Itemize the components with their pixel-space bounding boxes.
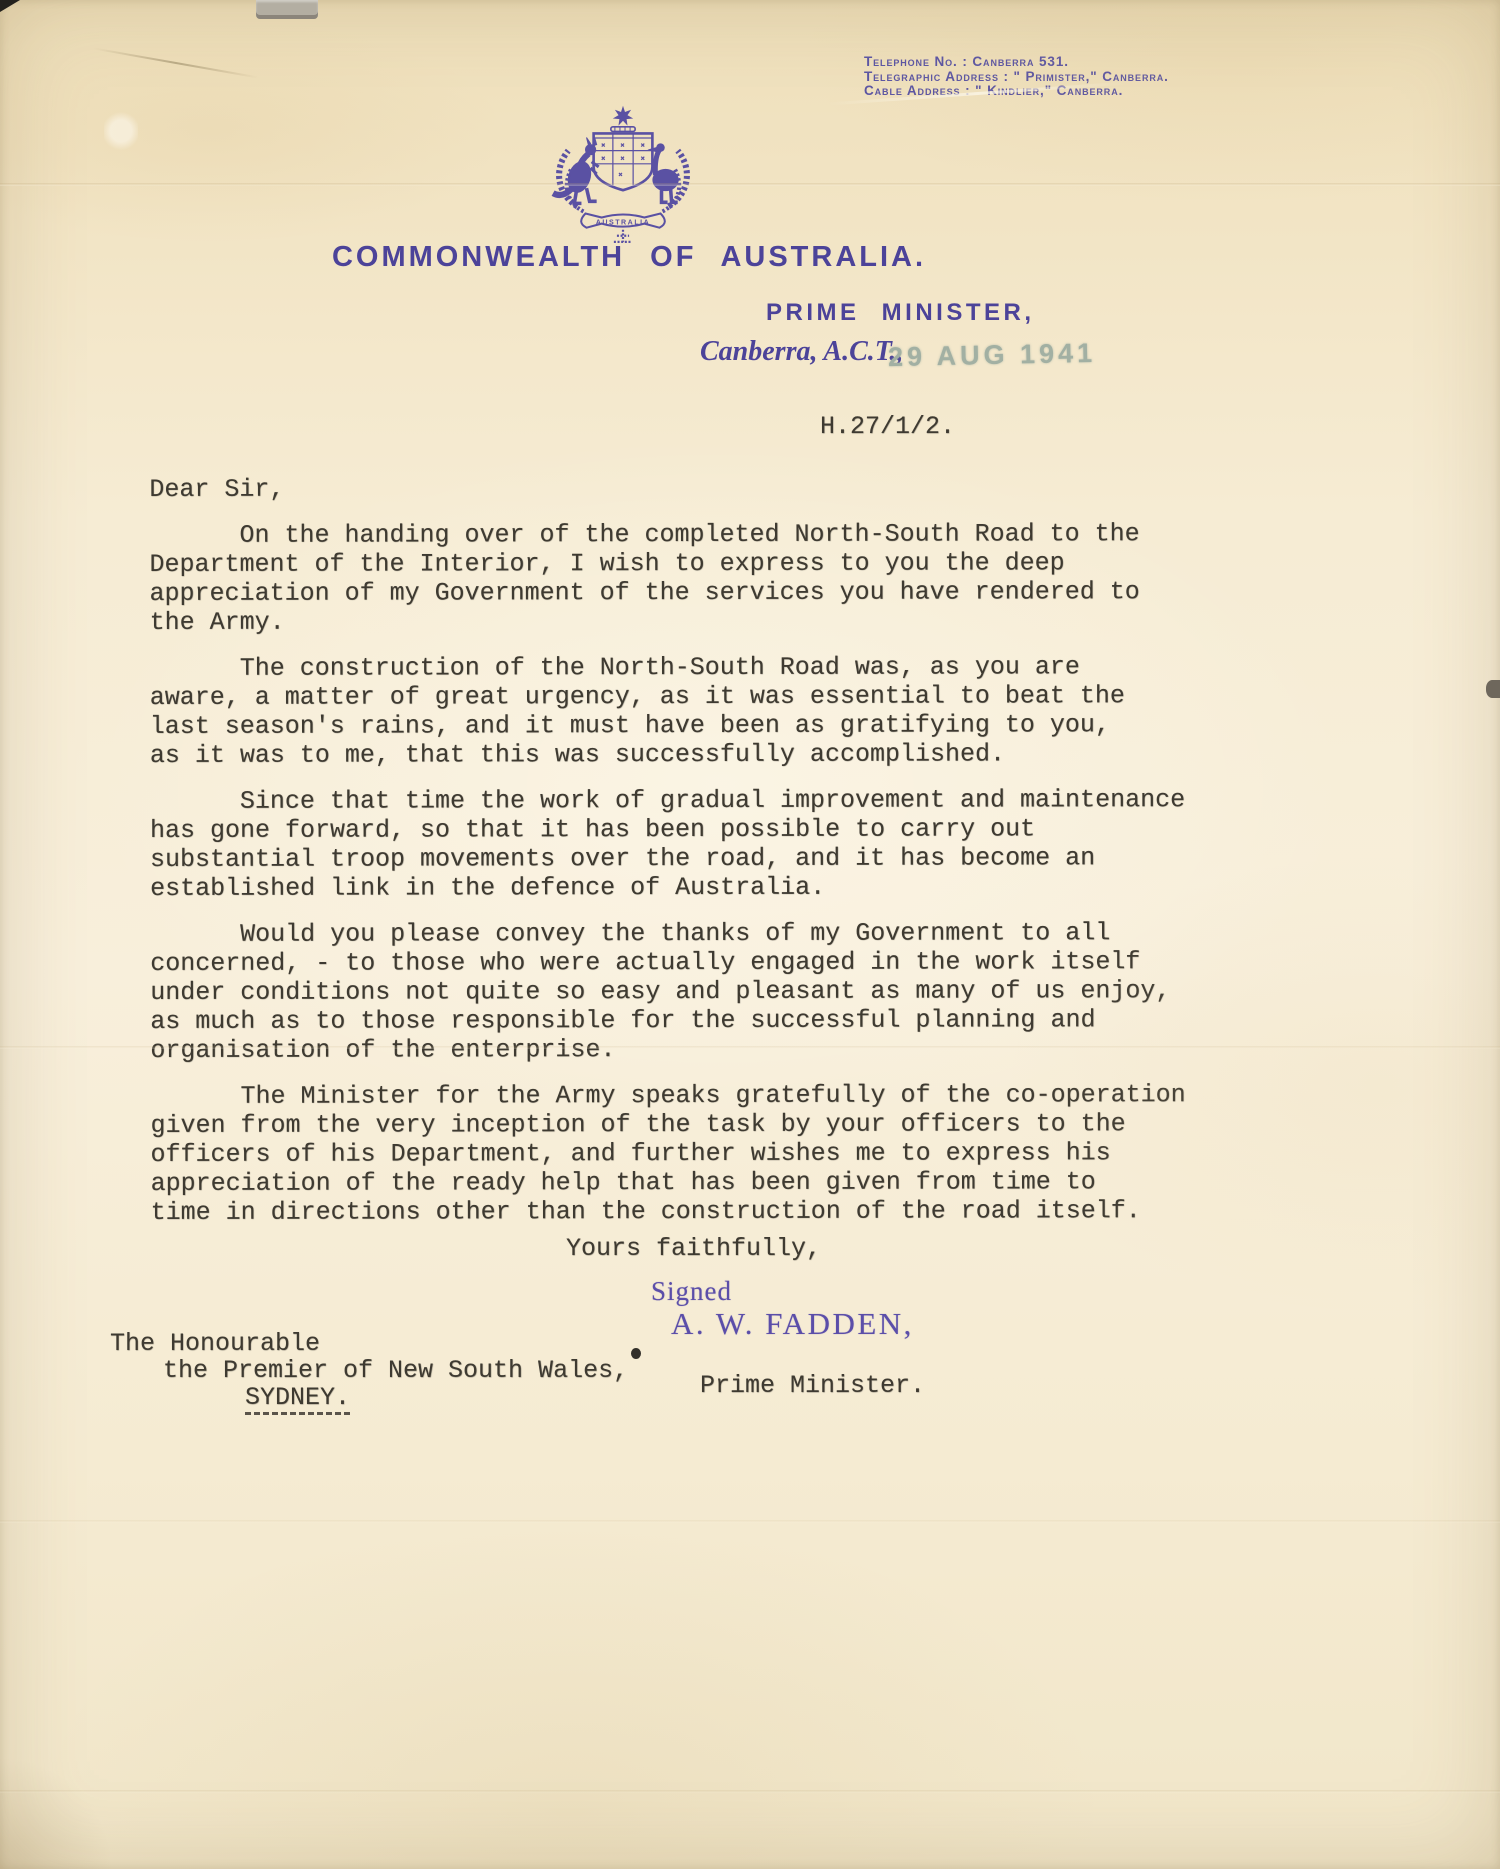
signatory-title: Prime Minister. — [700, 1371, 925, 1400]
valediction: Yours faithfully, — [566, 1234, 821, 1263]
signed-stamp: Signed — [651, 1276, 732, 1307]
recipient-line-1: The Honourable — [110, 1330, 628, 1357]
date-received-stamp: 29 AUG 1941 — [888, 338, 1097, 373]
letter-body: Dear Sir, On the handing over of the com… — [149, 473, 1260, 1244]
ink-dot — [631, 1348, 641, 1359]
letter-paragraph-2: The construction of the North-South Road… — [150, 652, 1260, 770]
fold-crease — [0, 1520, 1500, 1523]
emu-icon — [649, 143, 678, 202]
australian-coat-of-arms-icon: AUSTRALIA — [547, 104, 699, 250]
letter-paragraph-4: Would you please convey the thanks of my… — [150, 918, 1260, 1065]
letter-paragraph-3: Since that time the work of gradual impr… — [150, 785, 1260, 903]
recipient-address-block: The Honourable the Premier of New South … — [110, 1330, 628, 1415]
tape-fragment — [256, 0, 318, 19]
fold-crease — [0, 1790, 1500, 1793]
letter-paragraph-1: On the handing over of the completed Nor… — [149, 519, 1259, 637]
edge-nick — [1486, 680, 1500, 698]
recipient-city: SYDNEY. — [245, 1384, 350, 1415]
recipient-line-2: the Premier of New South Wales, — [163, 1357, 628, 1384]
signatory-name-stamp: A. W. FADDEN, — [671, 1306, 914, 1342]
office-title: PRIME MINISTER, — [766, 299, 1035, 327]
reference-number: H.27/1/2. — [820, 412, 955, 441]
place-line: Canberra, A.C.T., — [700, 336, 903, 368]
letter-paragraph-5: The Minister for the Army speaks gratefu… — [150, 1080, 1260, 1227]
telephone-line: Telephone No. : Canberra 531. — [864, 55, 1169, 70]
scanned-letter-page: Telephone No. : Canberra 531. Telegraphi… — [0, 0, 1500, 1869]
fold-crease — [0, 183, 1500, 186]
corner-mark — [0, 0, 20, 12]
paper-scratch — [93, 47, 259, 78]
salutation: Dear Sir, — [149, 473, 1259, 504]
organisation-title: COMMONWEALTH OF AUSTRALIA. — [0, 241, 1258, 274]
crest-motto: AUSTRALIA — [596, 219, 651, 227]
paper-hole-mark — [104, 112, 138, 150]
